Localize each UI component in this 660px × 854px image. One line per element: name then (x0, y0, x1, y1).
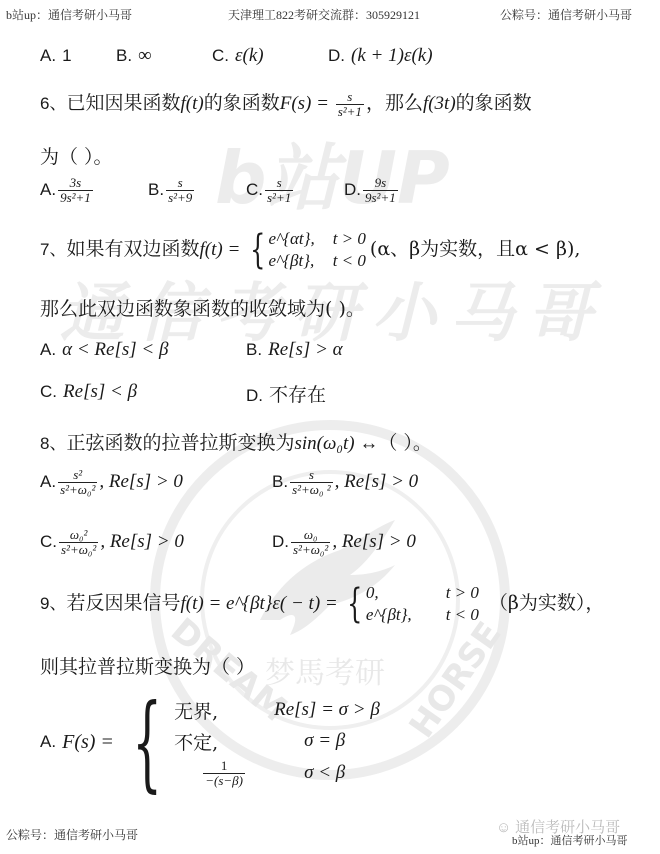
q8-option-c: C.ω₀²s²+ω₀², Re[s] > 0 (40, 528, 184, 556)
footer-bilibili: b站up：通信考研小马哥 (512, 832, 628, 848)
q9-stem-line2: 则其拉普拉斯变换为（ ） (40, 652, 255, 679)
q5-option-a: A. 1 (40, 44, 72, 66)
watermark-bzhan-up: b站UP (215, 120, 450, 224)
q9-option-a: A. F(s) = { 无界, Re[s] = σ > β 不定, σ = β … (40, 690, 380, 794)
q7-stem-line2: 那么此双边函数象函数的收敛域为( )。 (40, 294, 365, 321)
q5-option-b: B. ∞ (116, 44, 152, 67)
q6-stem-line2: 为（ ）。 (40, 142, 113, 169)
q6-option-a: A.3s9s²+1 (40, 176, 95, 204)
q8-stem: 8、正弦函数的拉普拉斯变换为sin(ω₀t) ↔（ ）。 (40, 428, 432, 455)
header-official-account: 公粽号：通信考研小马哥 (500, 6, 632, 23)
q5-option-c: C. ε(k) (212, 44, 264, 67)
q7-option-c: C. Re[s] < β (40, 380, 137, 403)
q7-stem: 7、如果有双边函数f(t) = {e^{αt},t > 0e^{βt},t < … (40, 228, 580, 272)
q7-option-a: A. α < Re[s] < β (40, 338, 168, 361)
q8-option-b: B.ss²+ω₀ ², Re[s] > 0 (272, 468, 418, 496)
header-bilibili: b站up：通信考研小马哥 (6, 6, 132, 23)
q5-option-d: D. (k + 1)ε(k) (328, 44, 433, 67)
q9-stem: 9、若反因果信号f(t) = e^{βt}ε( − t) = {0,t > 0e… (40, 582, 604, 626)
wechat-icon: ☺ (496, 820, 511, 836)
q7-option-b: B. Re[s] > α (246, 338, 343, 361)
header-group: 天津理工822考研交流群：305929121 (228, 6, 420, 23)
q6-option-d: D.9s9s²+1 (344, 176, 400, 204)
q7-piecewise: {e^{αt},t > 0e^{βt},t < 0 (245, 228, 366, 272)
q6-stem: 6、已知因果函数f(t)的象函数F(s) = ss²+1，那么f(3t)的象函数 (40, 88, 532, 118)
q6-fraction: ss²+1 (336, 90, 364, 118)
footer-official-account: 公粽号：通信考研小马哥 (6, 826, 138, 843)
q8-option-a: A.s²s²+ω₀², Re[s] > 0 (40, 468, 183, 496)
q8-option-d: D.ω₀s²+ω₀², Re[s] > 0 (272, 528, 416, 556)
q9-piecewise: {0,t > 0e^{βt},t < 0 (342, 582, 478, 626)
q6-option-b: B.ss²+9 (148, 176, 196, 204)
q7-option-d: D. 不存在 (246, 380, 326, 407)
q6-option-c: C.ss²+1 (246, 176, 295, 204)
